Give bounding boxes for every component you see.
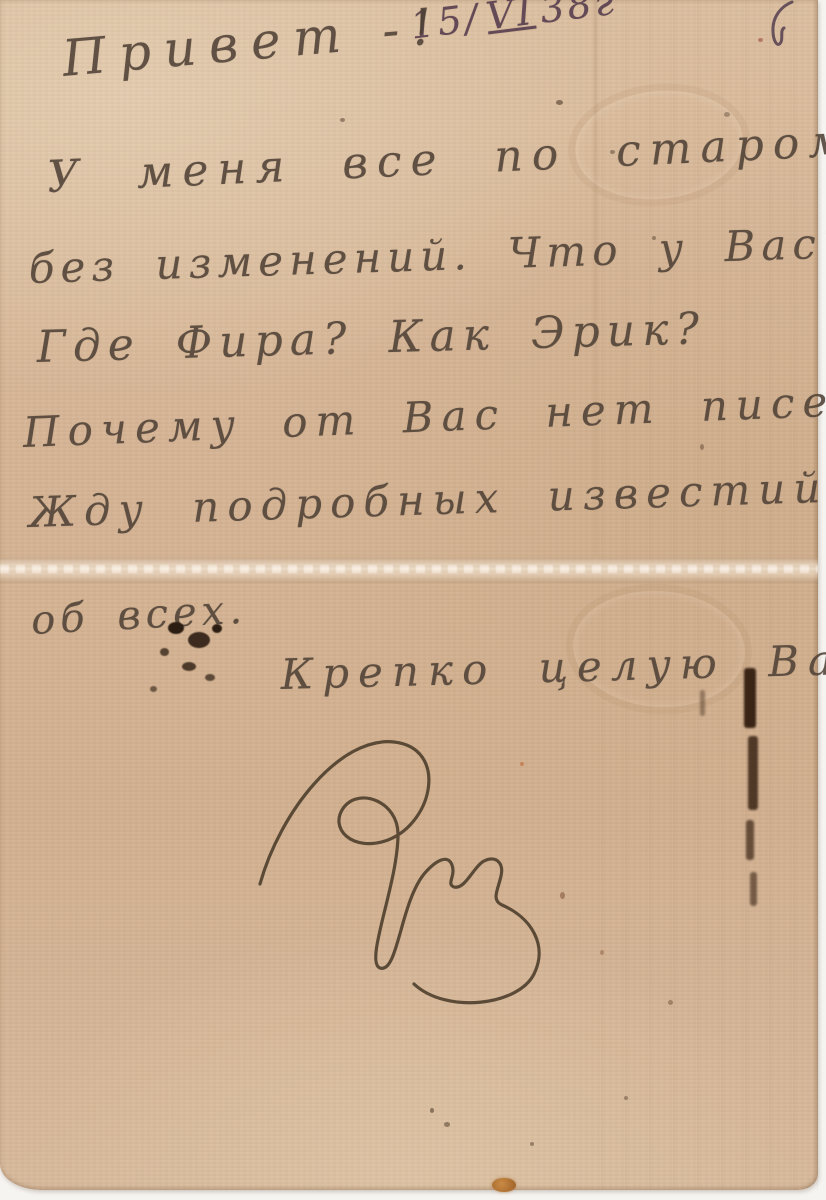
letter-paper: 15/VI38г Привет -! У меня все по старому… <box>0 0 818 1190</box>
date-month: VI <box>484 0 537 38</box>
bottom-edge-stain <box>492 1178 516 1192</box>
signature-flourish <box>248 722 560 1007</box>
fold-crease-highlight <box>0 565 818 573</box>
scan-background: 15/VI38г Привет -! У меня все по старому… <box>0 0 826 1200</box>
corner-pen-mark <box>758 0 802 54</box>
